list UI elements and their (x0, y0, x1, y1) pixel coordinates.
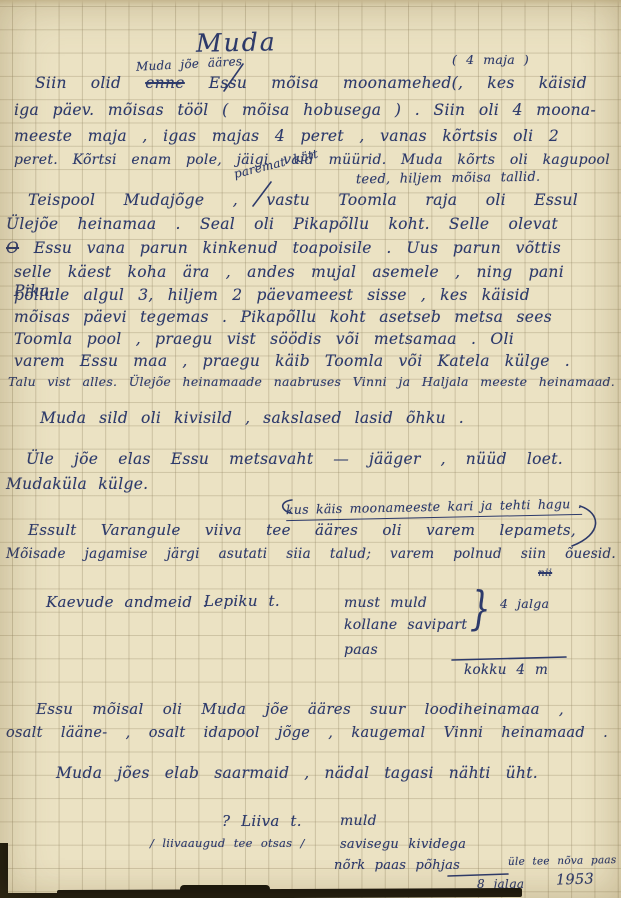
insertion-muda-joe-aares: Muda jõe ääres (136, 54, 243, 75)
para3-line1: Muda sild oli kivisild , sakslased lasid… (40, 409, 464, 428)
scan-edge-bottom-left (0, 893, 62, 898)
struck-word-enne: enne (145, 74, 185, 92)
houses-count-note: ( 4 maja ) (452, 52, 529, 68)
para2-line2: Ülejõe heinamaa . Seal oli Pikapõllu koh… (6, 215, 558, 234)
para6-line1: Essu mõisal oli Muda jõe ääres suur lood… (36, 700, 564, 719)
para1-line2: iga päev. mõisas tööl ( mõisa hobusega )… (14, 101, 596, 120)
para7-line1: Muda jões elab saarmaid , nädal tagasi n… (56, 764, 538, 783)
well1-layer-3: paas (344, 642, 378, 660)
well1-layer-1: must muld (344, 595, 427, 613)
question-mark: ? (222, 812, 230, 830)
para2-line1: Teispool Mudajõge , vastu Toomla raja ol… (28, 191, 578, 210)
well1-depth: 4 jalga (500, 596, 549, 612)
year-note: 1953 (556, 870, 595, 889)
para2-line8: varem Essu maa , praegu käib Toomla või … (14, 352, 570, 371)
para1-line3: meeste maja , igas majas 4 peret , vanas… (14, 127, 559, 146)
para1-line5: teed, hiljem mõisa tallid. (356, 170, 541, 189)
scan-edge-left (0, 843, 8, 898)
para2-line3-text: Essu vana parun kinkenud toapoisile . Uu… (34, 239, 561, 257)
herd-note-insertion: kus käis moonameeste kari ja tehti hagu … (286, 496, 582, 521)
para4-line1: Üle jõe elas Essu metsavaht — jääger , n… (26, 450, 563, 469)
para2-line6: mõisas päevi tegemas . Pikapõllu koht as… (14, 308, 552, 327)
para2-line5: põllule algul 3, hiljem 2 päevameest sis… (14, 286, 530, 305)
well2-farm-label: Liiva t. (241, 812, 302, 830)
well2-layer-2: savisegu kividega (340, 837, 466, 853)
well2-farm-name: ? Liiva t. (222, 812, 302, 831)
struck-letter: O (6, 239, 19, 257)
para2-line1-post: , vastu Toomla raja oli Essul (233, 191, 578, 209)
para5-line2: Mõisade jagamise järgi asutati siia talu… (6, 546, 616, 563)
para2-line9: Talu vist alles. Ülejõe heinamaade naabr… (8, 374, 615, 390)
well1-layer-2: kollane savipart (344, 617, 467, 635)
well2-side-note: üle tee nõva paas (508, 854, 617, 869)
well2-layer-3: nõrk paas põhjas (334, 858, 460, 874)
depth-rule-line (448, 874, 508, 876)
para2-line3: O Essu vana parun kinkenud toapoisile . … (6, 239, 561, 258)
brace-glyph: } (470, 585, 491, 631)
well1-total: kokku 4 m (464, 662, 548, 679)
sum-rule-line (452, 657, 566, 660)
para2-line7: Toomla pool , praegu vist söödis või met… (14, 330, 514, 349)
para4-line2: Mudaküla külge. (6, 475, 148, 494)
para6-line2: osalt lääne- , osalt idapool jõge , kaug… (6, 724, 608, 742)
para1-line1-post: Essu mõisa moonamehed(, kes käisid (209, 74, 587, 92)
para5-line1: Essult Varangule viiva tee ääres oli var… (28, 521, 576, 540)
scan-edge-bottom (57, 888, 522, 898)
para1-line1-pre: Siin olid (35, 74, 121, 92)
well2-layer-1: muld (340, 813, 377, 831)
crossed-word: nii (538, 567, 552, 580)
scan-edge-bottom-bump (180, 885, 270, 898)
well2-location-note: / liivaaugud tee otsas / (150, 836, 305, 850)
well1-heading: Kaevude andmeid : (46, 593, 208, 612)
notebook-page: Muda Muda jõe ääres ( 4 maja ) Siin olid… (0, 0, 621, 898)
well1-farm-name: Lepiku t. (204, 592, 280, 611)
para1-line1: Siin olid enne Essu mõisa moonamehed(, k… (35, 74, 587, 93)
para2-line1-pre: Teispool Mudajõge (28, 191, 204, 209)
